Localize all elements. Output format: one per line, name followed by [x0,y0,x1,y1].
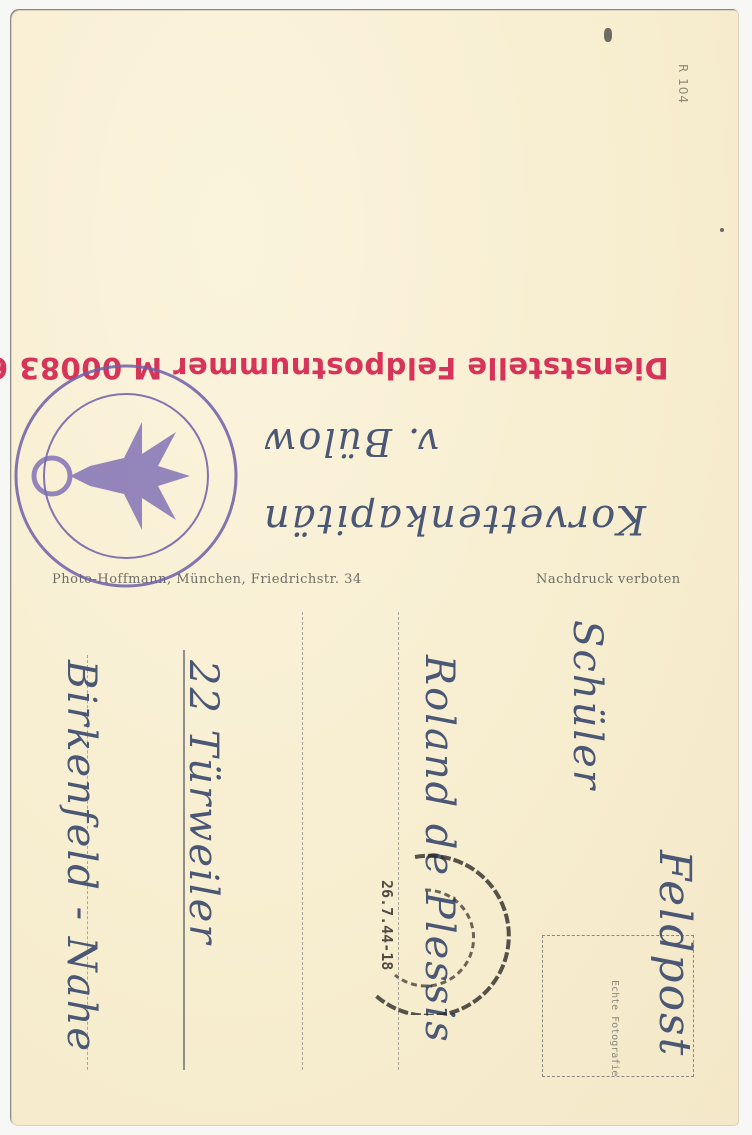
recipient-name: Schüler [564,620,610,791]
serial-number: R 104 [676,64,690,104]
round-stamp-icon [12,362,240,590]
sender-rank: Korvettenkapitän [262,496,646,542]
copyright-notice: Nachdruck verboten [536,572,681,587]
ink-dot [720,228,724,232]
postmark-date: 26.7.44-18 [378,880,396,970]
address-town: 22 Türweiler [180,660,226,945]
mail-type: Feldpost [649,850,700,1057]
sender-name: v. Bülow [262,420,439,464]
address-region: Birkenfeld - Nahe [58,660,104,1053]
address-line [302,612,303,1070]
stamp-box-label: Echte Fotografie [608,980,620,1076]
ink-spot [604,28,612,42]
